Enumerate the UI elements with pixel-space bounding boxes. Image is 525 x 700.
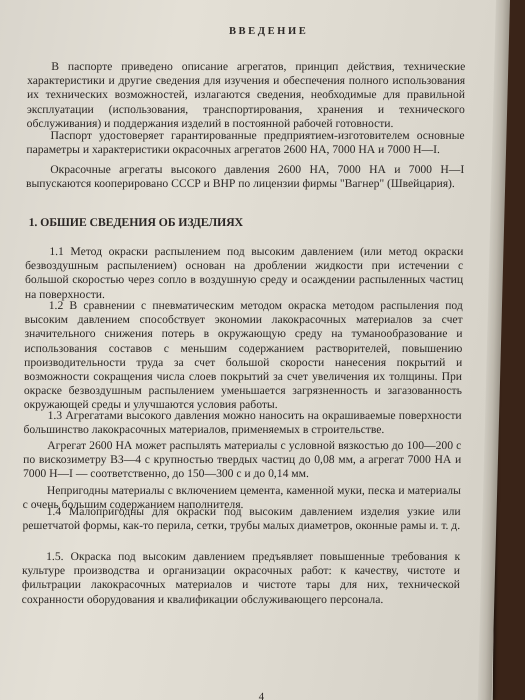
paragraph-1-2: 1.2 В сравнении с пневматическим методом… [24,299,463,413]
paragraph-1-3: 1.3 Агрегатами высокого давления можно н… [23,409,461,437]
section-heading: 1. ОБШИЕ СВЕДЕНИЯ ОБ ИЗДЕЛИЯХ [29,215,243,229]
intro-paragraph-3: Окрасочные агрегаты высокого давления 26… [26,163,464,191]
intro-paragraph-2: Паспорт удостоверяет гарантированные пре… [26,129,464,157]
document-page: ВВЕДЕНИЕ В паспорте приведено описание а… [0,0,500,700]
page-title: ВВЕДЕНИЕ [224,25,314,39]
paragraph-1-1: 1.1 Метод окраски распылением под высоки… [25,245,464,302]
paragraph-1-4: 1.4 Малопригодны для окраски под высоким… [22,505,460,533]
paragraph-1-5: 1.5. Окраска под высоким давлением предъ… [22,550,461,607]
intro-paragraph-1: В паспорте приведено описание агрегатов,… [27,60,466,131]
page-number: 4 [259,690,265,700]
paragraph-1-3-viscosity: Агрегат 2600 НА может распылять материал… [23,439,461,482]
